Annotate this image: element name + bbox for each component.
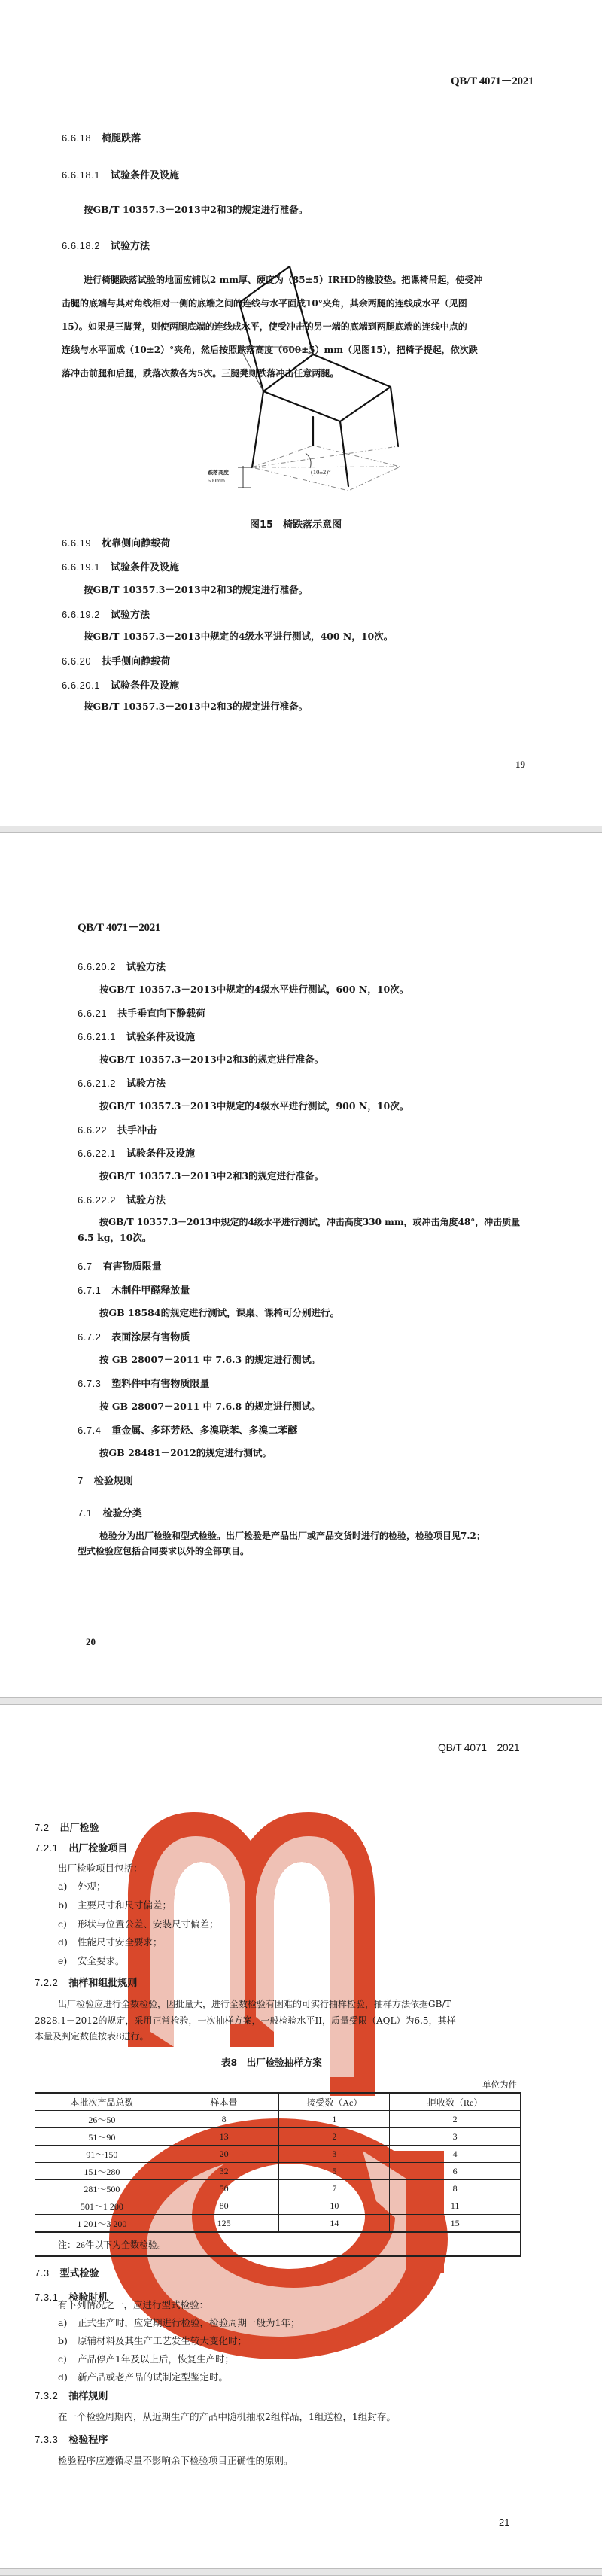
section-heading-6-7-2: 6.7.2表面涂层有害物质: [78, 1329, 190, 1343]
paragraph: 按GB/T 10357.3－2013中规定的4级水平进行测试，900 N，10次…: [99, 1094, 409, 1118]
section-heading-6-6-18-1: 6.6.18.1试验条件及设施: [62, 167, 179, 181]
paragraph: 按GB/T 10357.3－2013中2和3的规定进行准备。: [84, 695, 308, 718]
column-header: 接受数（Ac）: [279, 2093, 390, 2111]
table-row: 1 201～3 200 125 14 15: [35, 2215, 521, 2233]
paragraph: 有下列情况之一，应进行型式检验：: [58, 2298, 208, 2311]
page-separator: [0, 1697, 602, 1705]
column-header: 拒收数（Re）: [390, 2093, 521, 2111]
page-separator: [0, 2568, 602, 2576]
list-item: a)外观；: [58, 1879, 106, 1893]
paragraph: 按GB/T 10357.3－2013中2和3的规定进行准备。: [84, 578, 308, 601]
section-heading-6-6-21: 6.6.21扶手垂直向下静载荷: [78, 1005, 205, 1020]
table-row: 26～50 8 1 2: [35, 2111, 521, 2128]
section-heading-6-7-3: 6.7.3塑料件中有害物质限量: [78, 1376, 209, 1390]
paragraph: 按GB/T 10357.3－2013中2和3的规定进行准备。: [99, 1048, 324, 1071]
page-21: QB/T 4071－2021 7.2出厂检验 7.2.1出厂检验项目 出厂检验项…: [0, 1705, 602, 2568]
list-item: a)正式生产时，应定期进行检验，检验周期一般为1年；: [58, 2316, 299, 2329]
cell-accept: 2: [279, 2128, 390, 2146]
list-item: d)性能尺寸安全要求；: [58, 1935, 163, 1948]
paragraph: 按 GB 28007－2011 中 7.6.3 的规定进行测试。: [99, 1348, 321, 1371]
cell-lot-size: 1 201～3 200: [35, 2215, 169, 2233]
cell-sample-size: 125: [169, 2215, 279, 2233]
cell-lot-size: 26～50: [35, 2111, 169, 2128]
cell-sample-size: 13: [169, 2128, 279, 2146]
section-heading-6-7: 6.7有害物质限量: [78, 1258, 162, 1273]
section-heading-6-6-18: 6.6.18椅腿跌落: [62, 130, 141, 144]
cell-accept: 10: [279, 2197, 390, 2215]
table-row: 51～90 13 2 3: [35, 2128, 521, 2146]
paragraph: 按GB 28481－2012的规定进行测试。: [99, 1441, 272, 1464]
cell-accept: 14: [279, 2215, 390, 2233]
section-heading-6-6-21-1: 6.6.21.1试验条件及设施: [78, 1029, 195, 1043]
cell-sample-size: 50: [169, 2180, 279, 2197]
list-item: c)产品停产1年及以上后，恢复生产时；: [58, 2352, 234, 2365]
cell-lot-size: 151～280: [35, 2163, 169, 2180]
section-heading-7-3-3: 7.3.3检验程序: [35, 2432, 108, 2446]
paragraph-line: 出厂检验应进行全数检验，因批量大，进行全数检验有困难的可实行抽样检验，抽样方法依…: [58, 1997, 451, 2010]
cell-lot-size: 51～90: [35, 2128, 169, 2146]
paragraph: 出厂检验项目包括：: [58, 1861, 143, 1875]
list-item: b)原辅材料及其生产工艺发生较大变化时；: [58, 2334, 247, 2347]
section-heading-6-6-20-2: 6.6.20.2试验方法: [78, 959, 166, 973]
cell-sample-size: 32: [169, 2163, 279, 2180]
table-row: 91～150 20 3 4: [35, 2146, 521, 2163]
cell-sample-size: 80: [169, 2197, 279, 2215]
cell-reject: 3: [390, 2128, 521, 2146]
section-heading-6-6-22: 6.6.22扶手冲击: [78, 1122, 157, 1136]
section-heading-6-6-22-1: 6.6.22.1试验条件及设施: [78, 1145, 195, 1160]
cell-reject: 8: [390, 2180, 521, 2197]
paragraph: 按GB 18584的规定进行测试，课桌、课椅可分别进行。: [99, 1301, 339, 1324]
table-caption: 表8 出厂检验抽样方案: [221, 2055, 322, 2069]
table-row: 281～500 50 7 8: [35, 2180, 521, 2197]
table-row: 501～1 200 80 10 11: [35, 2197, 521, 2215]
cell-sample-size: 8: [169, 2111, 279, 2128]
paragraph-line: 6.5 kg，10次。: [78, 1226, 151, 1249]
cell-accept: 3: [279, 2146, 390, 2163]
paragraph-line: 型式检验应包括合同要求以外的全部项目。: [78, 1540, 249, 1563]
paragraph-line: 本量及判定数值按表8进行。: [35, 2030, 149, 2042]
page-separator: [0, 826, 602, 833]
page-number: 20: [86, 1636, 96, 1648]
section-heading-6-6-20: 6.6.20扶手侧向静载荷: [62, 653, 170, 668]
paragraph: 按GB/T 10357.3－2013中2和3的规定进行准备。: [84, 198, 308, 221]
section-heading-6-6-19: 6.6.19枕靠侧向静载荷: [62, 535, 170, 549]
section-heading-6-6-22-2: 6.6.22.2试验方法: [78, 1192, 166, 1206]
section-heading-7-2-2: 7.2.2抽样和组批规则: [35, 1975, 137, 1989]
cell-reject: 6: [390, 2163, 521, 2180]
column-header: 样本量: [169, 2093, 279, 2111]
sampling-table: 本批次产品总数 样本量 接受数（Ac） 拒收数（Re） 26～50 8 1 2 …: [35, 2092, 521, 2257]
angle-label: (10±2)°: [311, 468, 330, 476]
section-heading-7-3-2: 7.3.2抽样规则: [35, 2388, 108, 2402]
section-heading-6-6-19-2: 6.6.19.2试验方法: [62, 607, 150, 621]
section-heading-7-1: 7.1检验分类: [78, 1505, 142, 1519]
cell-accept: 7: [279, 2180, 390, 2197]
cell-reject: 11: [390, 2197, 521, 2215]
list-item: d)新产品或老产品的试制定型鉴定时。: [58, 2370, 228, 2383]
table-note-row: 注：26件以下为全数检验。: [35, 2232, 521, 2256]
section-heading-6-6-21-2: 6.6.21.2试验方法: [78, 1075, 166, 1090]
section-heading-7: 7检验规则: [78, 1473, 133, 1487]
table-unit: 单位为件: [482, 2079, 517, 2091]
paragraph: 按 GB 28007－2011 中 7.6.8 的规定进行测试。: [99, 1394, 321, 1418]
page-20: QB/T 4071－2021 6.6.20.2试验方法 按GB/T 10357.…: [0, 833, 602, 1697]
section-heading-6-6-18-2: 6.6.18.2试验方法: [62, 238, 150, 252]
list-item: c)形状与位置公差、安装尺寸偏差；: [58, 1917, 219, 1930]
drop-height-label: 跌落高度: [208, 469, 229, 476]
paragraph: 按GB/T 10357.3－2013中规定的4级水平进行测试，400 N，10次…: [84, 625, 393, 648]
page-19: QB/T 4071－2021 6.6.18椅腿跌落 6.6.18.1试验条件及设…: [0, 0, 602, 826]
list-item: e)安全要求。: [58, 1954, 125, 1967]
page-number: 19: [515, 759, 525, 771]
figure-caption: 图15 椅跌落示意图: [250, 516, 342, 531]
section-heading-6-6-19-1: 6.6.19.1试验条件及设施: [62, 559, 179, 573]
drop-height-value: 600mm: [208, 477, 225, 484]
table-note: 注：26件以下为全数检验。: [35, 2232, 521, 2256]
cell-lot-size: 91～150: [35, 2146, 169, 2163]
column-header: 本批次产品总数: [35, 2093, 169, 2111]
table-header-row: 本批次产品总数 样本量 接受数（Ac） 拒收数（Re）: [35, 2093, 521, 2111]
section-heading-6-7-1: 6.7.1木制件甲醛释放量: [78, 1282, 190, 1297]
paragraph-line: 按GB/T 10357.3－2013中规定的4级水平进行测试，冲击高度330 m…: [99, 1211, 520, 1234]
standard-header: QB/T 4071－2021: [78, 919, 160, 935]
chair-drop-diagram: (10±2)° 跌落高度 600mm: [0, 256, 602, 497]
cell-sample-size: 20: [169, 2146, 279, 2163]
section-heading-6-7-4: 6.7.4重金属、多环芳烃、多溴联苯、多溴二苯醚: [78, 1422, 297, 1437]
paragraph: 检验程序应遵循尽量不影响余下检验项目正确性的原则。: [58, 2453, 293, 2467]
cell-reject: 15: [390, 2215, 521, 2233]
cell-reject: 2: [390, 2111, 521, 2128]
section-heading-7-2: 7.2出厂检验: [35, 1820, 99, 1834]
paragraph: 按GB/T 10357.3－2013中2和3的规定进行准备。: [99, 1164, 324, 1188]
paragraph: 按GB/T 10357.3－2013中规定的4级水平进行测试，600 N，10次…: [99, 978, 409, 1001]
paragraph-line: 2828.1－2012的规定，采用正常检验，一次抽样方案，一般检验水平II，质量…: [35, 2014, 456, 2027]
section-heading-7-2-1: 7.2.1出厂检验项目: [35, 1840, 127, 1854]
section-heading-6-6-20-1: 6.6.20.1试验条件及设施: [62, 677, 179, 692]
cell-reject: 4: [390, 2146, 521, 2163]
cell-lot-size: 501～1 200: [35, 2197, 169, 2215]
table-row: 151～280 32 5 6: [35, 2163, 521, 2180]
section-heading-7-3: 7.3型式检验: [35, 2265, 99, 2279]
cell-lot-size: 281～500: [35, 2180, 169, 2197]
standard-header: QB/T 4071－2021: [438, 1740, 519, 1755]
list-item: b)主要尺寸和尺寸偏差；: [58, 1898, 172, 1911]
paragraph: 在一个检验周期内，从近期生产的产品中随机抽取2组样品，1组送检，1组封存。: [58, 2410, 396, 2423]
page-number: 21: [499, 2517, 509, 2528]
cell-accept: 5: [279, 2163, 390, 2180]
cell-accept: 1: [279, 2111, 390, 2128]
standard-header: QB/T 4071－2021: [451, 72, 534, 88]
